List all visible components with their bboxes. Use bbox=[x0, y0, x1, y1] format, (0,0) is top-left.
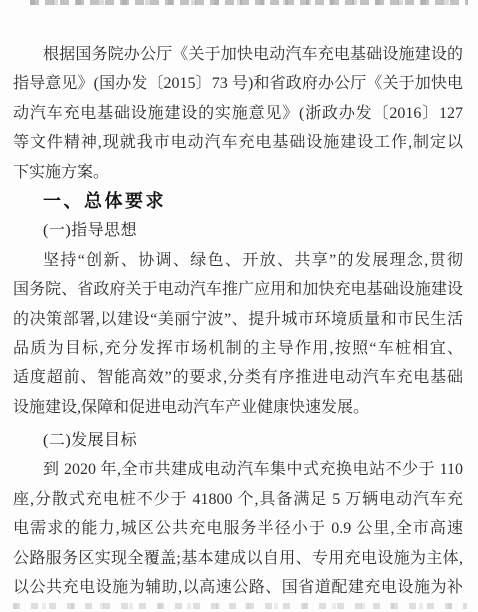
body-line: 公路服务区实现全覆盖;基本建成以自用、专用充电设施为主体, bbox=[13, 544, 463, 573]
body-line: 到 2020 年,全市共建成电动汽车集中式充换电站不少于 110 bbox=[13, 455, 463, 484]
heading-guiding-thought: (一)指导思想 bbox=[13, 216, 463, 245]
cropped-line-bottom-artifact bbox=[13, 603, 467, 609]
scanned-document-page: 根据国务院办公厅《关于加快电动汽车充电基础设施建设的 指导意见》(国办发〔201… bbox=[0, 0, 478, 612]
body-line: 动汽车充电基础设施建设的实施意见》(浙政办发〔2016〕127 号) bbox=[13, 99, 463, 128]
body-line: 根据国务院办公厅《关于加快电动汽车充电基础设施建设的 bbox=[13, 40, 463, 69]
body-line: 下实施方案。 bbox=[13, 158, 463, 187]
body-line: 适度超前、智能高效”的要求,分类有序推进电动汽车充电基础 bbox=[13, 363, 463, 392]
body-line: 以公共充电设施为辅助,以高速公路、国省道配建充电设施为补 bbox=[13, 573, 463, 602]
body-line: 坚持“创新、协调、绿色、开放、共享”的发展理念,贯彻 bbox=[13, 246, 463, 275]
body-line: 设施建设,保障和促进电动汽车产业健康快速发展。 bbox=[13, 393, 463, 422]
heading-development-goals: (二)发展目标 bbox=[13, 426, 463, 455]
body-line: 座,分散式充电桩不少于 41800 个,具备满足 5 万辆电动汽车充 bbox=[13, 485, 463, 514]
document-body: 根据国务院办公厅《关于加快电动汽车充电基础设施建设的 指导意见》(国办发〔201… bbox=[13, 40, 463, 602]
heading-general-requirements: 一、总体要求 bbox=[13, 187, 463, 216]
body-line: 品质为目标,充分发挥市场机制的主导作用,按照“车桩相宜、 bbox=[13, 334, 463, 363]
cropped-line-top-artifact bbox=[30, 0, 468, 5]
body-line: 国务院、省政府关于电动汽车推广应用和加快充电基础设施建设 bbox=[13, 275, 463, 304]
body-line: 的决策部署,以建设“美丽宁波”、提升城市环境质量和市民生活 bbox=[13, 305, 463, 334]
body-line: 电需求的能力,城区公共充电服务半径小于 0.9 公里,全市高速 bbox=[13, 514, 463, 543]
body-line: 指导意见》(国办发〔2015〕73 号)和省政府办公厅《关于加快电 bbox=[13, 69, 463, 98]
body-line: 等文件精神,现就我市电动汽车充电基础设施建设工作,制定以 bbox=[13, 128, 463, 157]
